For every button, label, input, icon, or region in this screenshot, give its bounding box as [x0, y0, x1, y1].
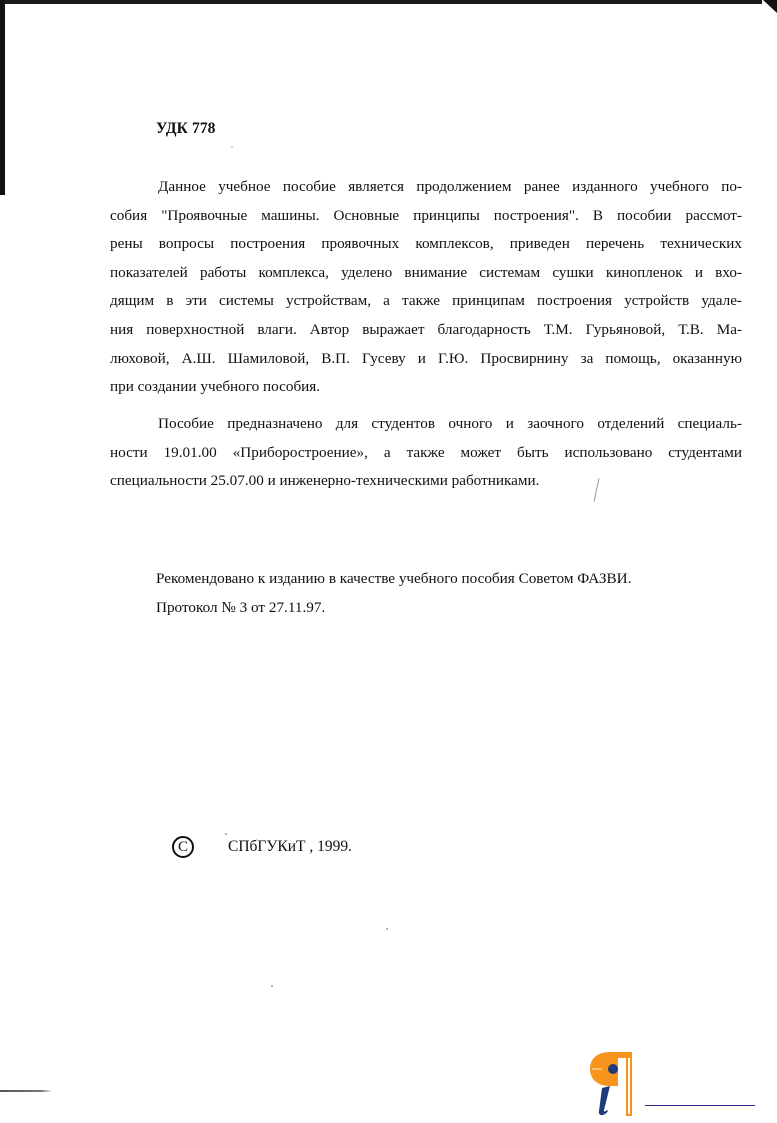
logo-underline — [645, 1105, 755, 1106]
scan-speck — [271, 985, 273, 987]
copyright-line: C СПбГУКиТ , 1999. — [172, 836, 352, 858]
scan-edge-top — [0, 0, 762, 4]
scan-speck — [386, 928, 388, 930]
audience-paragraph: Пособие предназначено для студентов очно… — [110, 410, 742, 496]
recommendation-text: Рекомендовано к изданию в качестве учебн… — [156, 564, 631, 593]
paragraph-info-logo — [588, 1050, 636, 1118]
text-line: показателей работы комплекса, уделено вн… — [110, 259, 742, 288]
text-line: собия "Проявочные машины. Основные принц… — [110, 202, 742, 231]
copyright-text: СПбГУКиТ , 1999. — [228, 838, 352, 856]
text-line: Данное учебное пособие является продолже… — [110, 173, 742, 202]
recommendation-block: Рекомендовано к изданию в качестве учебн… — [156, 564, 631, 622]
scan-edge-bottom-left — [0, 1090, 52, 1092]
text-line: при создании учебного пособия. — [110, 373, 742, 402]
udk-code: УДК 778 — [156, 120, 216, 138]
logo-icon — [588, 1050, 636, 1118]
abstract-paragraph: Данное учебное пособие является продолже… — [110, 173, 742, 402]
scan-edge-left — [0, 0, 5, 195]
text-line: ности 19.01.00 «Приборостроение», а такж… — [110, 439, 742, 468]
scan-speck — [231, 146, 233, 148]
text-line: специальности 25.07.00 и инженерно-техни… — [110, 467, 742, 496]
text-line: ния поверхностной влаги. Автор выражает … — [110, 316, 742, 345]
scan-speck — [225, 833, 227, 835]
scan-corner-artifact — [763, 0, 777, 13]
text-line: Пособие предназначено для студентов очно… — [110, 410, 742, 439]
text-line: дящим в эти системы устройствам, а также… — [110, 287, 742, 316]
copyright-icon: C — [172, 836, 194, 858]
protocol-text: Протокол № 3 от 27.11.97. — [156, 593, 631, 622]
text-line: люховой, А.Ш. Шамиловой, В.П. Гусеву и Г… — [110, 345, 742, 374]
text-line: рены вопросы построения проявочных компл… — [110, 230, 742, 259]
